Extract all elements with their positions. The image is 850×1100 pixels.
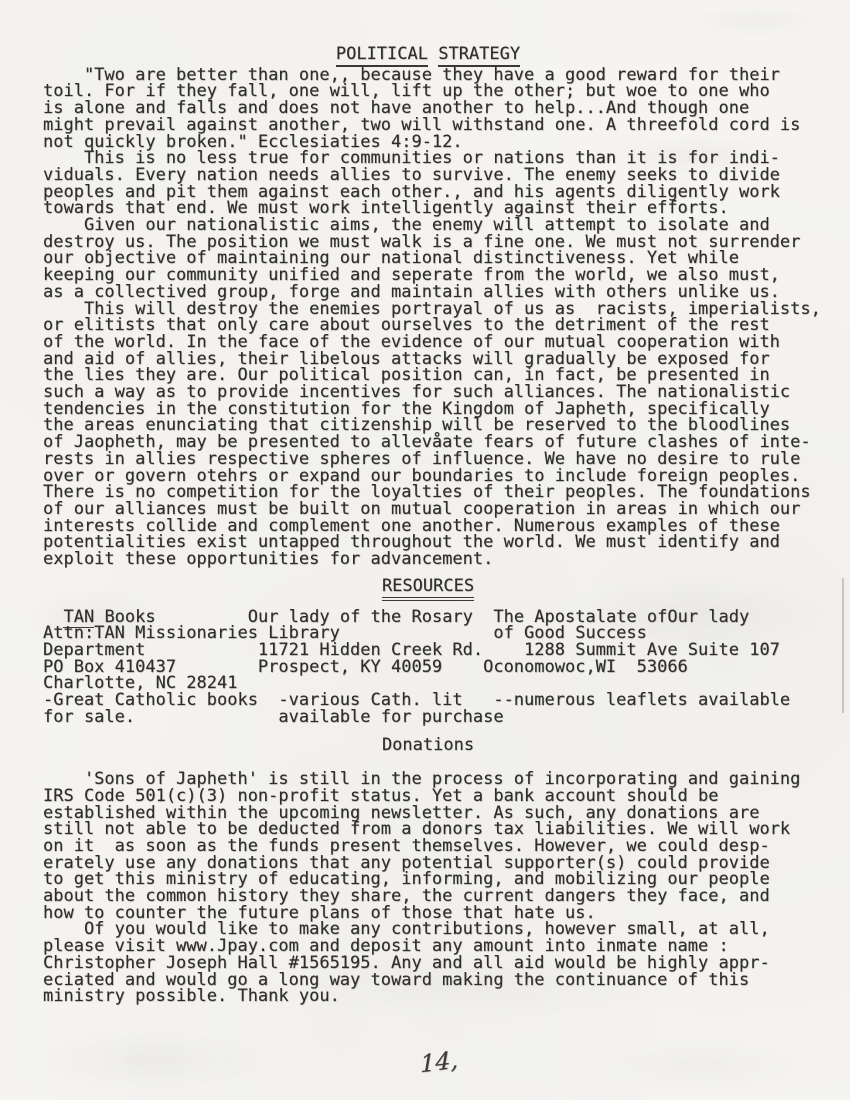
handwritten-page-number: 14, — [420, 1052, 458, 1073]
resources-address-lines: Attn:TAN Missionaries Library of Good Su… — [43, 625, 813, 725]
strategy-paragraph-4: This will destroy the enemies portrayal … — [43, 301, 813, 568]
donations-heading: Donations — [43, 737, 813, 754]
document-page: POLITICAL STRATEGY "Two are better than … — [0, 0, 850, 1100]
political-strategy-heading: POLITICAL STRATEGY — [43, 46, 813, 63]
strategy-paragraph-1: "Two are better than one,, because they … — [43, 67, 813, 151]
donations-heading-text: Donations — [382, 735, 474, 755]
scan-smudge — [690, 6, 820, 36]
resources-heading: RESOURCES — [43, 578, 813, 595]
resources-heading-text: RESOURCES — [382, 576, 474, 601]
donations-paragraph-2: Of you would like to make any contributi… — [43, 921, 813, 1005]
scan-edge-line — [842, 578, 844, 713]
donations-paragraph-1: 'Sons of Japheth' is still in the proces… — [43, 771, 813, 921]
heading-word-political: POLITICAL — [336, 44, 428, 67]
scan-smudge — [600, 1040, 800, 1090]
resources-block: TAN Books Our lady of the Rosary The Apo… — [43, 609, 813, 726]
document-content: POLITICAL STRATEGY "Two are better than … — [43, 46, 813, 1005]
heading-space — [428, 44, 438, 64]
heading-word-strategy: STRATEGY — [438, 44, 520, 67]
scan-smudge — [40, 1030, 260, 1090]
strategy-paragraph-3: Given our nationalistic aims, the enemy … — [43, 217, 813, 301]
strategy-paragraph-2: This is no less true for communities or … — [43, 150, 813, 217]
